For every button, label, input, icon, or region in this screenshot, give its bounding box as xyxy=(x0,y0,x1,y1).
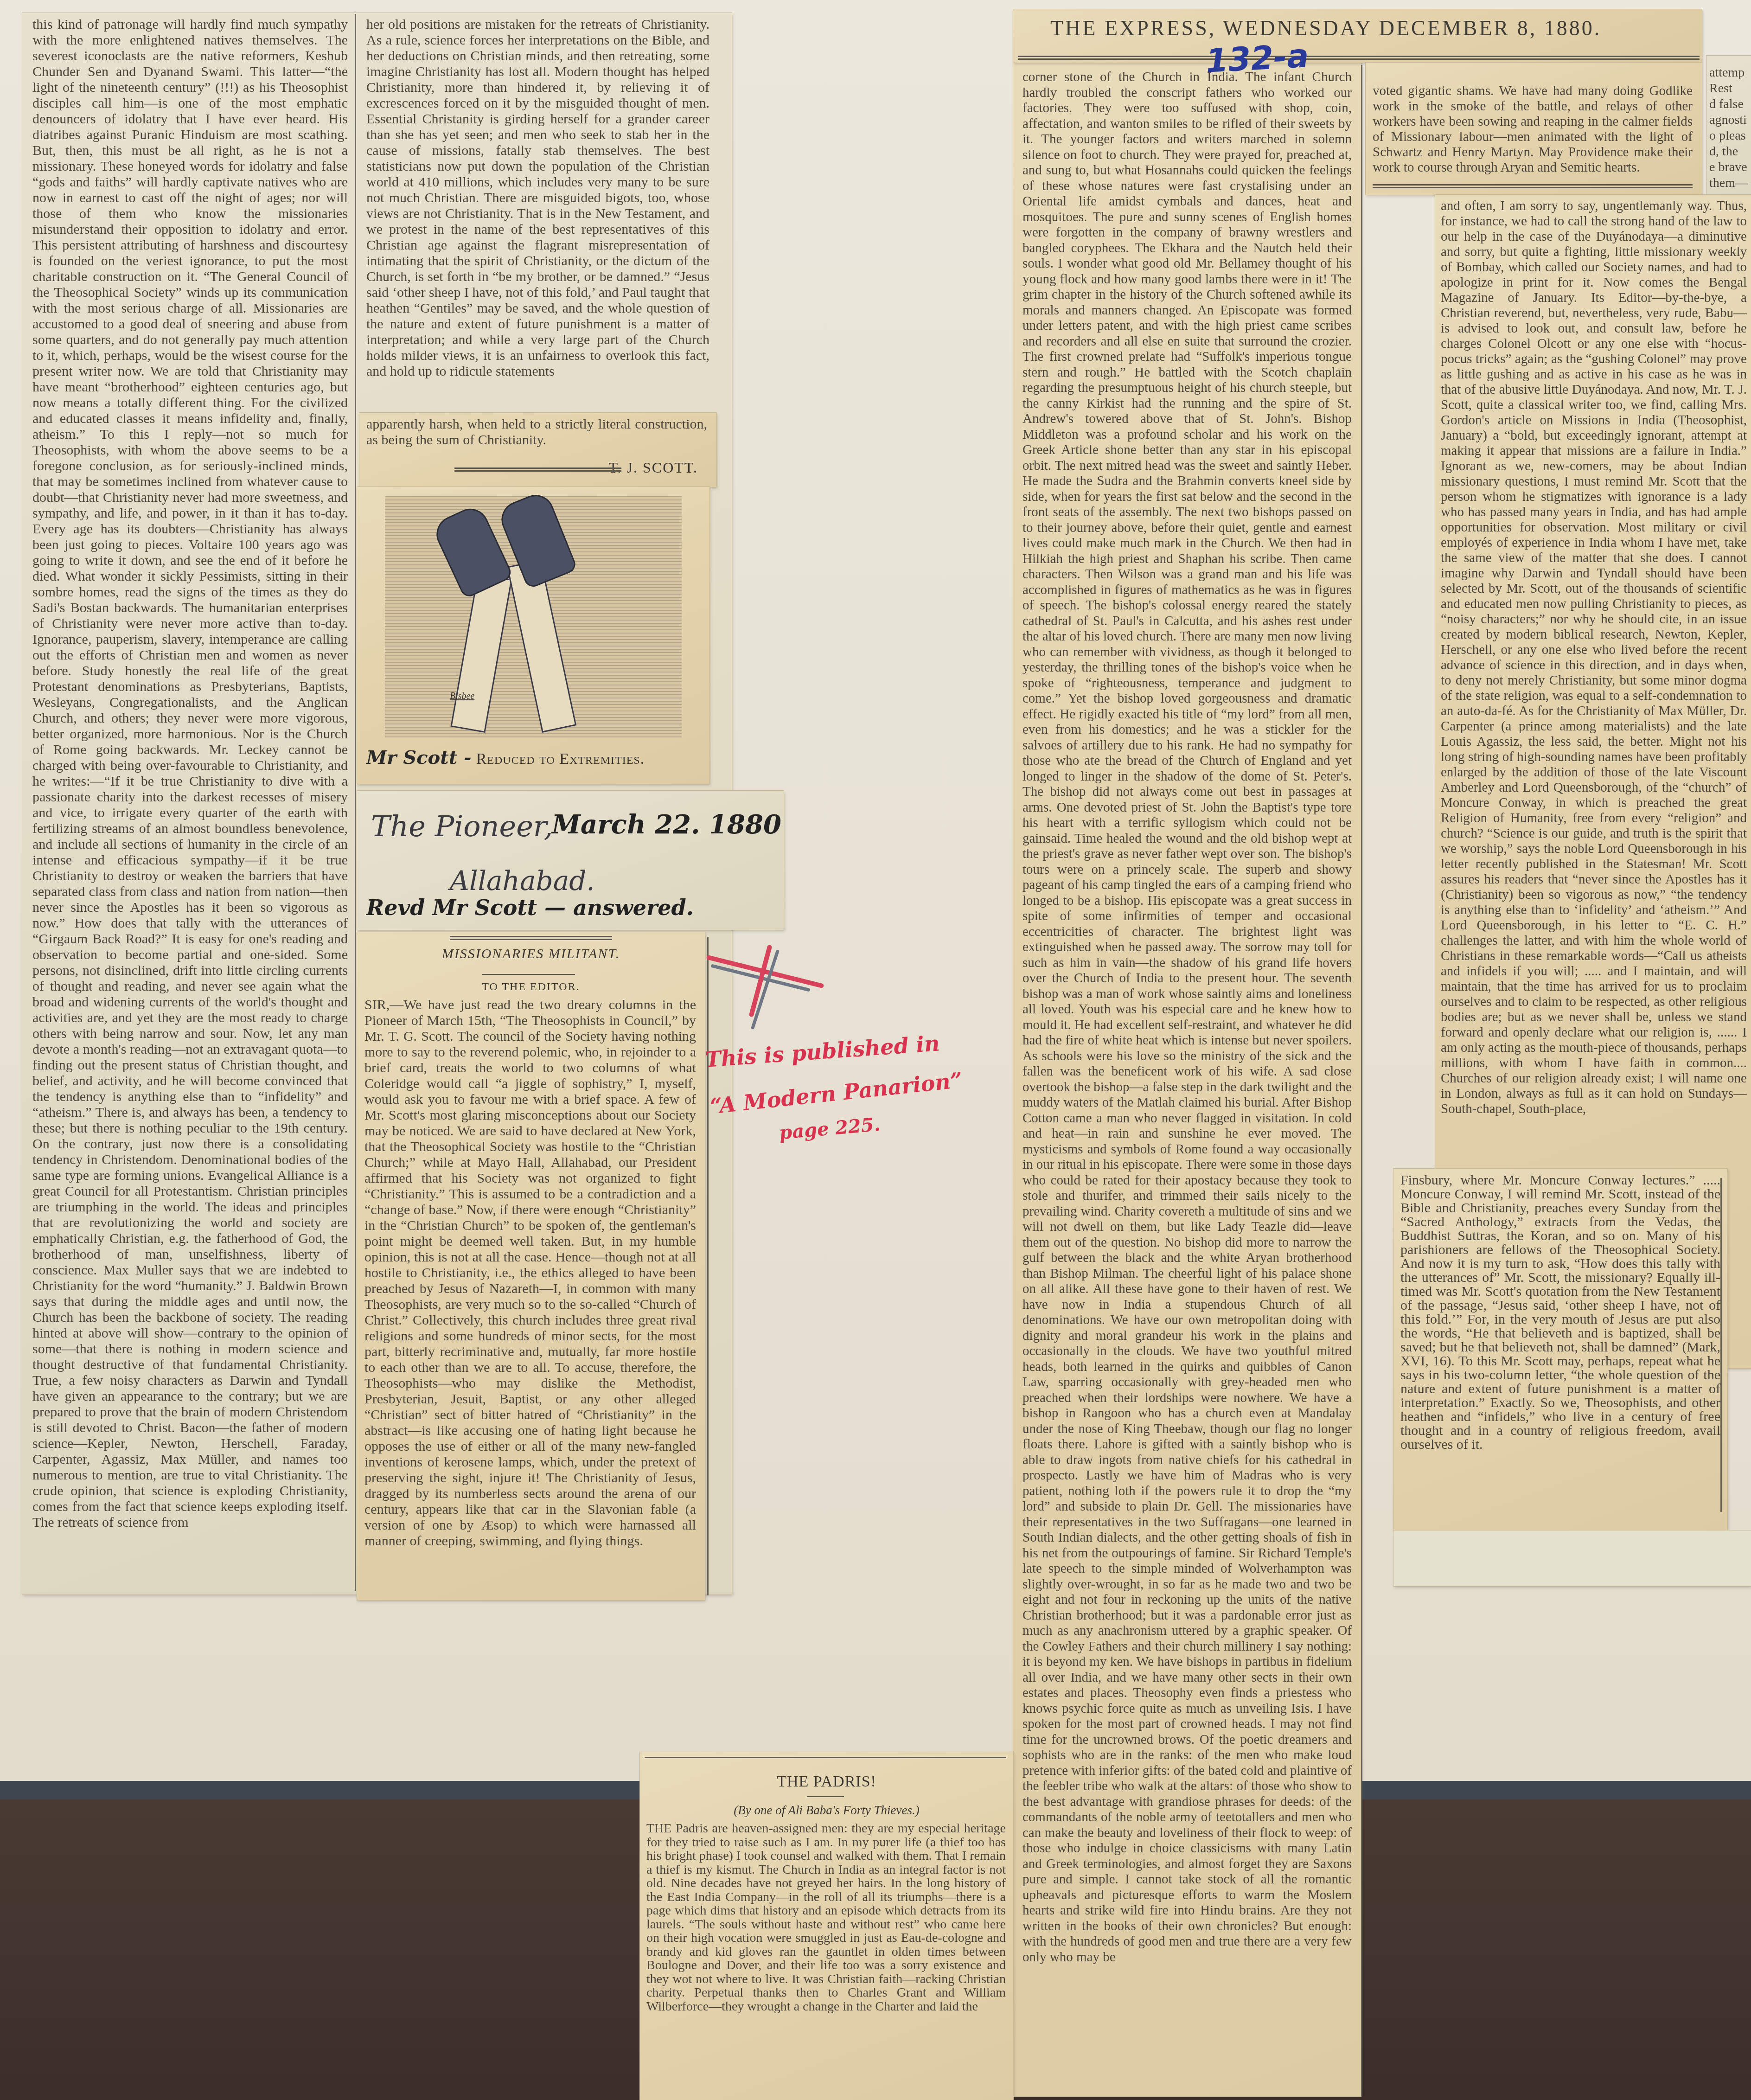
pioneer-place: Allahabad. xyxy=(450,865,595,896)
signature: T. J. SCOTT. xyxy=(608,459,698,476)
pioneer-masthead: The Pioneer, xyxy=(371,809,553,843)
subhead: TO THE EDITOR. xyxy=(357,981,705,993)
column-2-bottom-rule xyxy=(1373,184,1693,189)
cartoon-left-leg xyxy=(450,573,512,733)
scott-letter-column-1-text: this kind of patronage will hardly find … xyxy=(32,17,348,1530)
column-divider xyxy=(355,14,356,1591)
masthead-rule xyxy=(1018,56,1700,60)
padris-body-text: THE Padris are heaven-assigned men: they… xyxy=(646,1822,1006,2013)
pencil-cross-mark xyxy=(696,941,835,1034)
scott-letter-column-2-text: her old positions are mistaken for the r… xyxy=(366,17,709,379)
handwritten-date: March 22. 1880 xyxy=(552,809,781,840)
headline: MISSIONARIES MILITANT. xyxy=(357,946,705,962)
handwritten-mr-scott: Mr Scott - xyxy=(366,747,472,768)
artist-signature: Bisbee xyxy=(450,691,474,702)
padris-byline: (By one of Ali Baba's Forty Thieves.) xyxy=(640,1803,1013,1818)
theosophist-reply-continued-text: Finsbury, where Mr. Moncure Conway lectu… xyxy=(1400,1173,1720,1452)
scott-letter-column-2: her old positions are mistaken for the r… xyxy=(366,17,709,448)
scott-letter-column-1: this kind of patronage will hardly find … xyxy=(32,17,348,1589)
subhead-rule xyxy=(482,974,575,975)
theosophist-reply-edge-clipping: attemp Rest d false agnosti o pleas d, t… xyxy=(1706,56,1751,209)
express-masthead-strip: THE EXPRESS, WEDNESDAY DECEMBER 8, 1880. xyxy=(1013,9,1702,63)
pioneer-header-clipping: The Pioneer, March 22. 1880 Allahabad. R… xyxy=(357,791,784,930)
scott-letter-conclusion-text: apparently harsh, when held to a strictl… xyxy=(366,416,707,448)
padris-clipping: THE PADRIS! (By one of Ali Baba's Forty … xyxy=(640,1752,1013,2100)
express-masthead: THE EXPRESS, WEDNESDAY DECEMBER 8, 1880. xyxy=(1050,16,1601,40)
padris-body: THE Padris are heaven-assigned men: they… xyxy=(646,1822,1006,2095)
handwritten-note: Revd Mr Scott — answered. xyxy=(366,895,694,920)
cartoon-clipping: Bisbee Mr Scott - Reduced to Extremities… xyxy=(357,487,709,784)
signature-rule xyxy=(454,467,621,472)
padris-title-rule xyxy=(807,1796,844,1797)
edge-fragments: attemp Rest d false agnosti o pleas d, t… xyxy=(1709,65,1751,204)
headline-rule xyxy=(450,936,612,941)
padris-title: THE PADRIS! xyxy=(640,1773,1013,1791)
column-divider xyxy=(1361,65,1362,2096)
theosophist-reply-continued-clipping: Finsbury, where Mr. Moncure Conway lectu… xyxy=(1393,1169,1727,1530)
cartoon-drawing: Bisbee xyxy=(385,496,682,737)
cartoon-right-leg xyxy=(507,559,576,733)
express-column-1-text: corner stone of the Church in India. The… xyxy=(1022,70,1352,1965)
cartoon-caption-text: Reduced to Extremities. xyxy=(476,750,645,768)
letter-body: SIR,—We have just read the two dreary co… xyxy=(364,997,696,1595)
column-divider xyxy=(707,937,709,1595)
express-column-2-text: voted gigantic shams. We have had many d… xyxy=(1373,83,1693,175)
theosophist-reply-text: and often, I am sorry to say, ungentlema… xyxy=(1441,198,1747,1117)
padris-top-rule xyxy=(645,1757,1006,1758)
express-column-2-clipping: voted gigantic shams. We have had many d… xyxy=(1366,63,1702,195)
blank-backing-paper xyxy=(1393,1530,1751,1586)
express-column-1: corner stone of the Church in India. The… xyxy=(1022,70,1352,2087)
scott-letter-conclusion: apparently harsh, when held to a strictl… xyxy=(359,413,716,487)
missionaries-militant-clipping: MISSIONARIES MILITANT. TO THE EDITOR. SI… xyxy=(357,932,705,1600)
letter-body-text: SIR,—We have just read the two dreary co… xyxy=(364,997,696,1549)
cartoon-caption: Mr Scott - Reduced to Extremities. xyxy=(366,747,645,768)
column-divider xyxy=(1720,1178,1722,1512)
